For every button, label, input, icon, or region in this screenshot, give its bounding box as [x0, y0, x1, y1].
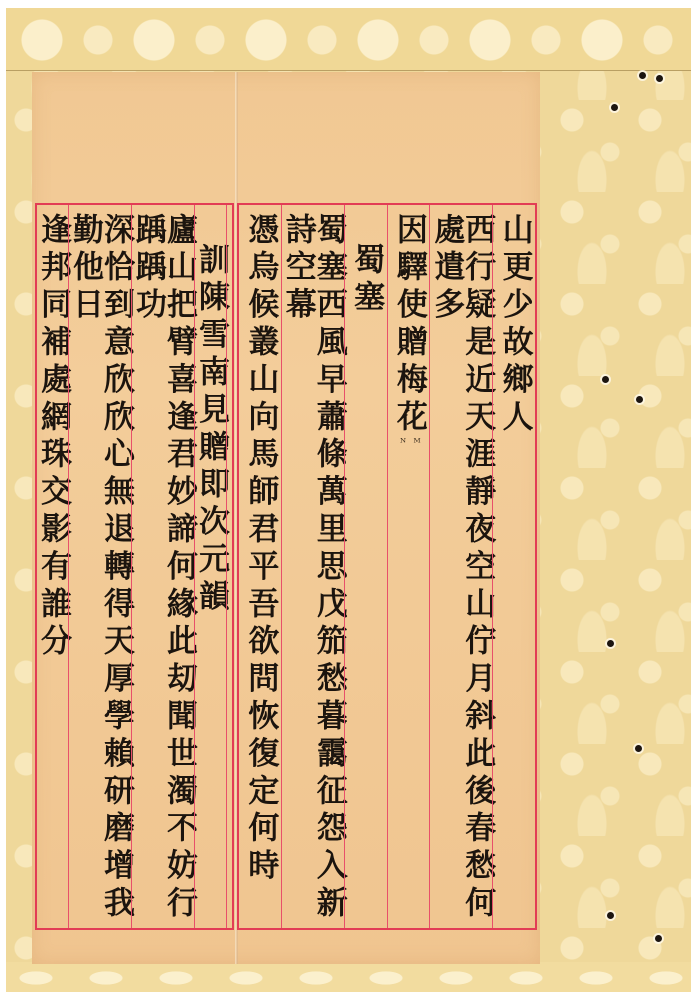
column-text: 山更少故鄉人	[499, 213, 530, 437]
text-column-3: 因驛使贈梅花	[387, 205, 430, 928]
worm-hole	[611, 104, 618, 111]
silk-top-border	[6, 8, 691, 71]
ruled-grid-left-half: 訓陳雪南見贈即次元韻 廬山把臂喜逢君妙諦何緣此刧聞世濁不妨行踽踽功 深恰到意欣欣…	[35, 203, 234, 930]
blank-column	[226, 205, 232, 928]
text-column-5: 蜀塞西風早蕭條萬里思戊笳愁暮靄征怨入新詩空幕	[281, 205, 344, 928]
worm-hole	[607, 640, 614, 647]
worm-hole	[639, 72, 646, 79]
column-text: 因驛使贈梅花	[393, 213, 424, 437]
column-text: 深恰到意欣欣心無退轉得天厚學賴研磨增我勤他日	[69, 213, 131, 928]
poem-title-text: 訓陳雪南見贈即次元韻	[195, 243, 226, 617]
worm-hole	[635, 745, 642, 752]
text-column-11: 逢邦同補處網珠交影有誰分	[37, 205, 68, 928]
text-column-2: 西行疑是近天涯靜夜空山佇月斜此後春愁何處遣多	[429, 205, 492, 928]
margin-mark: ᴺ ᴹ	[400, 436, 423, 449]
text-column-10: 深恰到意欣欣心無退轉得天厚學賴研磨增我勤他日	[68, 205, 131, 928]
worm-hole	[602, 376, 609, 383]
text-column-1: 山更少故鄉人	[492, 205, 535, 928]
worm-hole	[607, 912, 614, 919]
text-column-6: 憑烏候叢山向馬師君平吾欲問恢復定何時	[239, 205, 281, 928]
column-text: 西行疑是近天涯靜夜空山佇月斜此後春愁何處遣多	[430, 213, 492, 928]
silk-bottom-border	[6, 962, 691, 992]
poem-title-xun-chen: 訓陳雪南見贈即次元韻	[194, 205, 226, 928]
column-text: 蜀塞西風早蕭條萬里思戊笳愁暮靄征怨入新詩空幕	[282, 213, 344, 928]
column-text: 廬山把臂喜逢君妙諦何緣此刧聞世濁不妨行踽踽功	[132, 213, 194, 928]
poem-title-shu-sai: 蜀塞	[344, 205, 387, 928]
worm-hole	[655, 935, 662, 942]
worm-hole	[636, 396, 643, 403]
column-text: 逢邦同補處網珠交影有誰分	[37, 213, 68, 662]
column-text: 憑烏候叢山向馬師君平吾欲問恢復定何時	[244, 213, 275, 886]
poem-title-text: 蜀塞	[350, 243, 381, 318]
text-column-9: 廬山把臂喜逢君妙諦何緣此刧聞世濁不妨行踽踽功	[131, 205, 194, 928]
ruled-grid-right-half: 山更少故鄉人 西行疑是近天涯靜夜空山佇月斜此後春愁何處遣多 因驛使贈梅花 蜀塞 …	[237, 203, 537, 930]
worm-hole	[656, 75, 663, 82]
